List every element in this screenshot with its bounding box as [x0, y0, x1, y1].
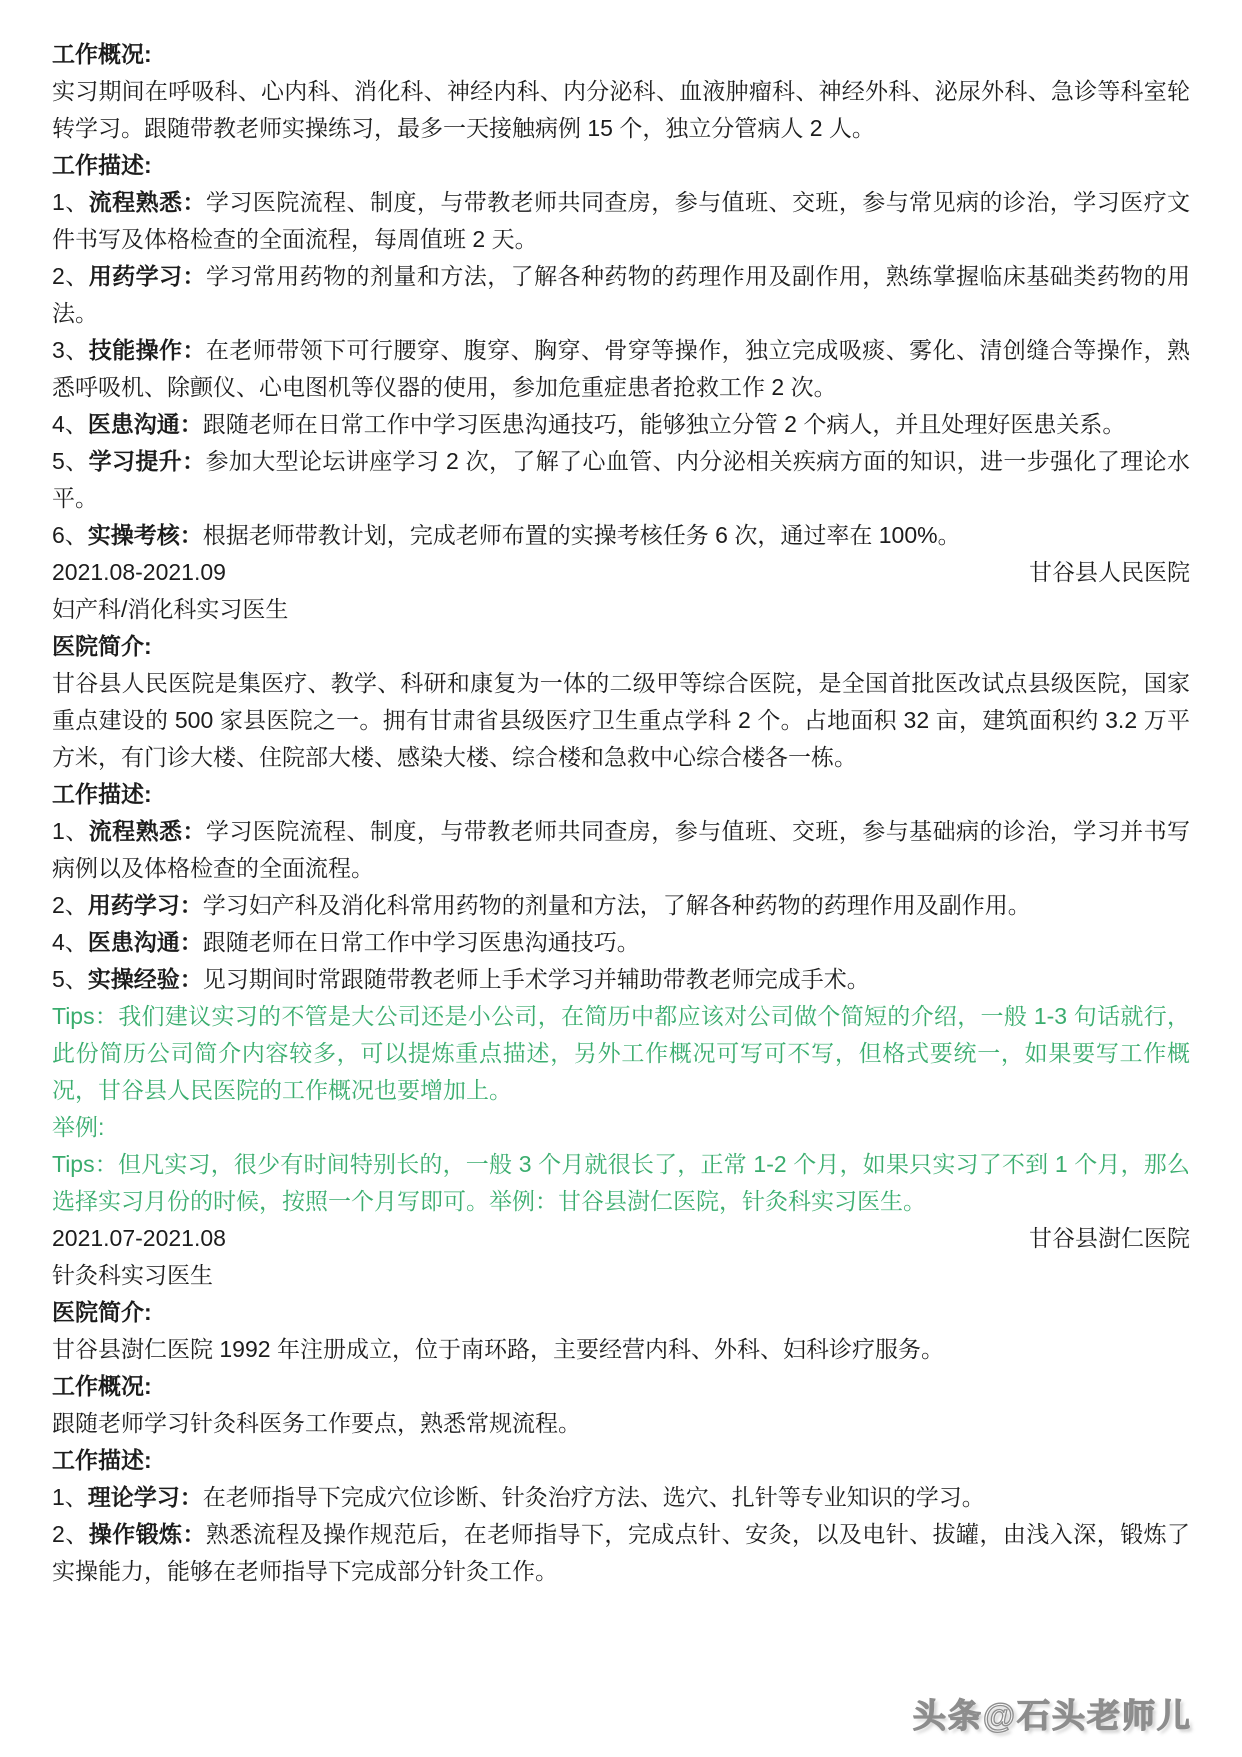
date-row: 2021.07-2021.08甘谷县澍仁医院: [52, 1220, 1190, 1257]
item-label: 用药学习：: [88, 892, 203, 918]
section-heading: 医院简介:: [52, 1294, 1190, 1331]
item-text: 见习期间时常跟随带教老师上手术学习并辅助带教老师完成手术。: [203, 966, 870, 992]
paragraph: 甘谷县人民医院是集医疗、教学、科研和康复为一体的二级甲等综合医院，是全国首批医改…: [52, 665, 1190, 776]
item-text: 学习医院流程、制度，与带教老师共同查房，参与值班、交班，参与基础病的诊治，学习并…: [52, 818, 1190, 881]
item-text: 跟随老师在日常工作中学习医患沟通技巧，能够独立分管 2 个病人，并且处理好医患关…: [203, 411, 1126, 437]
hospital-name: 甘谷县人民医院: [1029, 554, 1190, 591]
item-label: 实操考核：: [88, 522, 203, 548]
experience-item: 3、技能操作：在老师带领下可行腰穿、腹穿、胸穿、骨穿等操作，独立完成吸痰、雾化、…: [52, 332, 1190, 406]
paragraph: 甘谷县澍仁医院 1992 年注册成立，位于南环路，主要经营内科、外科、妇科诊疗服…: [52, 1331, 1190, 1368]
section-heading: 工作描述:: [52, 147, 1190, 184]
section-heading: 工作描述:: [52, 1442, 1190, 1479]
experience-item: 1、理论学习：在老师指导下完成穴位诊断、针灸治疗方法、选穴、扎针等专业知识的学习…: [52, 1479, 1190, 1516]
paragraph: 实习期间在呼吸科、心内科、消化科、神经内科、内分泌科、血液肿瘤科、神经外科、泌尿…: [52, 73, 1190, 147]
date-row: 2021.08-2021.09甘谷县人民医院: [52, 554, 1190, 591]
item-text: 熟悉流程及操作规范后，在老师指导下，完成点针、安灸，以及电针、拔罐，由浅入深，锻…: [52, 1521, 1190, 1584]
item-number: 1、: [52, 818, 89, 844]
experience-item: 6、实操考核：根据老师带教计划，完成老师布置的实操考核任务 6 次，通过率在 1…: [52, 517, 1190, 554]
hospital-name: 甘谷县澍仁医院: [1029, 1220, 1190, 1257]
resume-document: 工作概况:实习期间在呼吸科、心内科、消化科、神经内科、内分泌科、血液肿瘤科、神经…: [52, 36, 1190, 1590]
item-label: 技能操作：: [89, 337, 206, 363]
item-label: 用药学习：: [89, 263, 206, 289]
paragraph: 跟随老师学习针灸科医务工作要点，熟悉常规流程。: [52, 1405, 1190, 1442]
experience-item: 1、流程熟悉：学习医院流程、制度，与带教老师共同查房，参与值班、交班，参与基础病…: [52, 813, 1190, 887]
item-text: 在老师带领下可行腰穿、腹穿、胸穿、骨穿等操作，独立完成吸痰、雾化、清创缝合等操作…: [52, 337, 1190, 400]
experience-item: 5、实操经验：见习期间时常跟随带教老师上手术学习并辅助带教老师完成手术。: [52, 961, 1190, 998]
experience-item: 2、操作锻炼：熟悉流程及操作规范后，在老师指导下，完成点针、安灸，以及电针、拔罐…: [52, 1516, 1190, 1590]
item-label: 实操经验：: [88, 966, 203, 992]
item-text: 在老师指导下完成穴位诊断、针灸治疗方法、选穴、扎针等专业知识的学习。: [203, 1484, 985, 1510]
date-range: 2021.08-2021.09: [52, 554, 226, 591]
experience-item: 2、用药学习：学习常用药物的剂量和方法，了解各种药物的药理作用及副作用，熟练掌握…: [52, 258, 1190, 332]
experience-item: 2、用药学习：学习妇产科及消化科常用药物的剂量和方法，了解各种药物的药理作用及副…: [52, 887, 1190, 924]
date-range: 2021.07-2021.08: [52, 1220, 226, 1257]
item-number: 1、: [52, 1484, 88, 1510]
item-label: 医患沟通：: [88, 411, 203, 437]
item-text: 跟随老师在日常工作中学习医患沟通技巧。: [203, 929, 640, 955]
item-number: 4、: [52, 929, 88, 955]
item-number: 5、: [52, 448, 89, 474]
watermark: 头条@石头老师儿: [913, 1690, 1192, 1737]
item-label: 医患沟通：: [88, 929, 203, 955]
section-heading: 医院简介:: [52, 628, 1190, 665]
item-number: 5、: [52, 966, 88, 992]
experience-item: 4、医患沟通：跟随老师在日常工作中学习医患沟通技巧。: [52, 924, 1190, 961]
item-label: 理论学习：: [88, 1484, 203, 1510]
item-number: 6、: [52, 522, 88, 548]
item-number: 2、: [52, 892, 88, 918]
tip-note: Tips：但凡实习，很少有时间特别长的，一般 3 个月就很长了，正常 1-2 个…: [52, 1146, 1190, 1220]
item-label: 学习提升：: [89, 448, 206, 474]
item-number: 4、: [52, 411, 88, 437]
item-text: 学习常用药物的剂量和方法，了解各种药物的药理作用及副作用，熟练掌握临床基础类药物…: [52, 263, 1190, 326]
item-number: 3、: [52, 337, 89, 363]
experience-item: 5、学习提升：参加大型论坛讲座学习 2 次，了解了心血管、内分泌相关疾病方面的知…: [52, 443, 1190, 517]
item-label: 流程熟悉：: [89, 818, 206, 844]
section-heading: 工作概况:: [52, 36, 1190, 73]
item-number: 1、: [52, 189, 89, 215]
item-number: 2、: [52, 263, 89, 289]
item-label: 流程熟悉：: [89, 189, 206, 215]
tip-note: 举例:: [52, 1109, 1190, 1146]
section-heading: 工作描述:: [52, 776, 1190, 813]
tip-note: Tips：我们建议实习的不管是大公司还是小公司，在简历中都应该对公司做个简短的介…: [52, 998, 1190, 1109]
item-text: 学习医院流程、制度，与带教老师共同查房，参与值班、交班，参与常见病的诊治，学习医…: [52, 189, 1190, 252]
section-heading: 工作概况:: [52, 1368, 1190, 1405]
item-text: 学习妇产科及消化科常用药物的剂量和方法，了解各种药物的药理作用及副作用。: [203, 892, 1031, 918]
item-text: 参加大型论坛讲座学习 2 次，了解了心血管、内分泌相关疾病方面的知识，进一步强化…: [52, 448, 1190, 511]
experience-item: 1、流程熟悉：学习医院流程、制度，与带教老师共同查房，参与值班、交班，参与常见病…: [52, 184, 1190, 258]
item-label: 操作锻炼：: [89, 1521, 206, 1547]
experience-item: 4、医患沟通：跟随老师在日常工作中学习医患沟通技巧，能够独立分管 2 个病人，并…: [52, 406, 1190, 443]
item-text: 根据老师带教计划，完成老师布置的实操考核任务 6 次，通过率在 100%。: [203, 522, 961, 548]
paragraph: 针灸科实习医生: [52, 1257, 1190, 1294]
item-number: 2、: [52, 1521, 89, 1547]
paragraph: 妇产科/消化科实习医生: [52, 591, 1190, 628]
